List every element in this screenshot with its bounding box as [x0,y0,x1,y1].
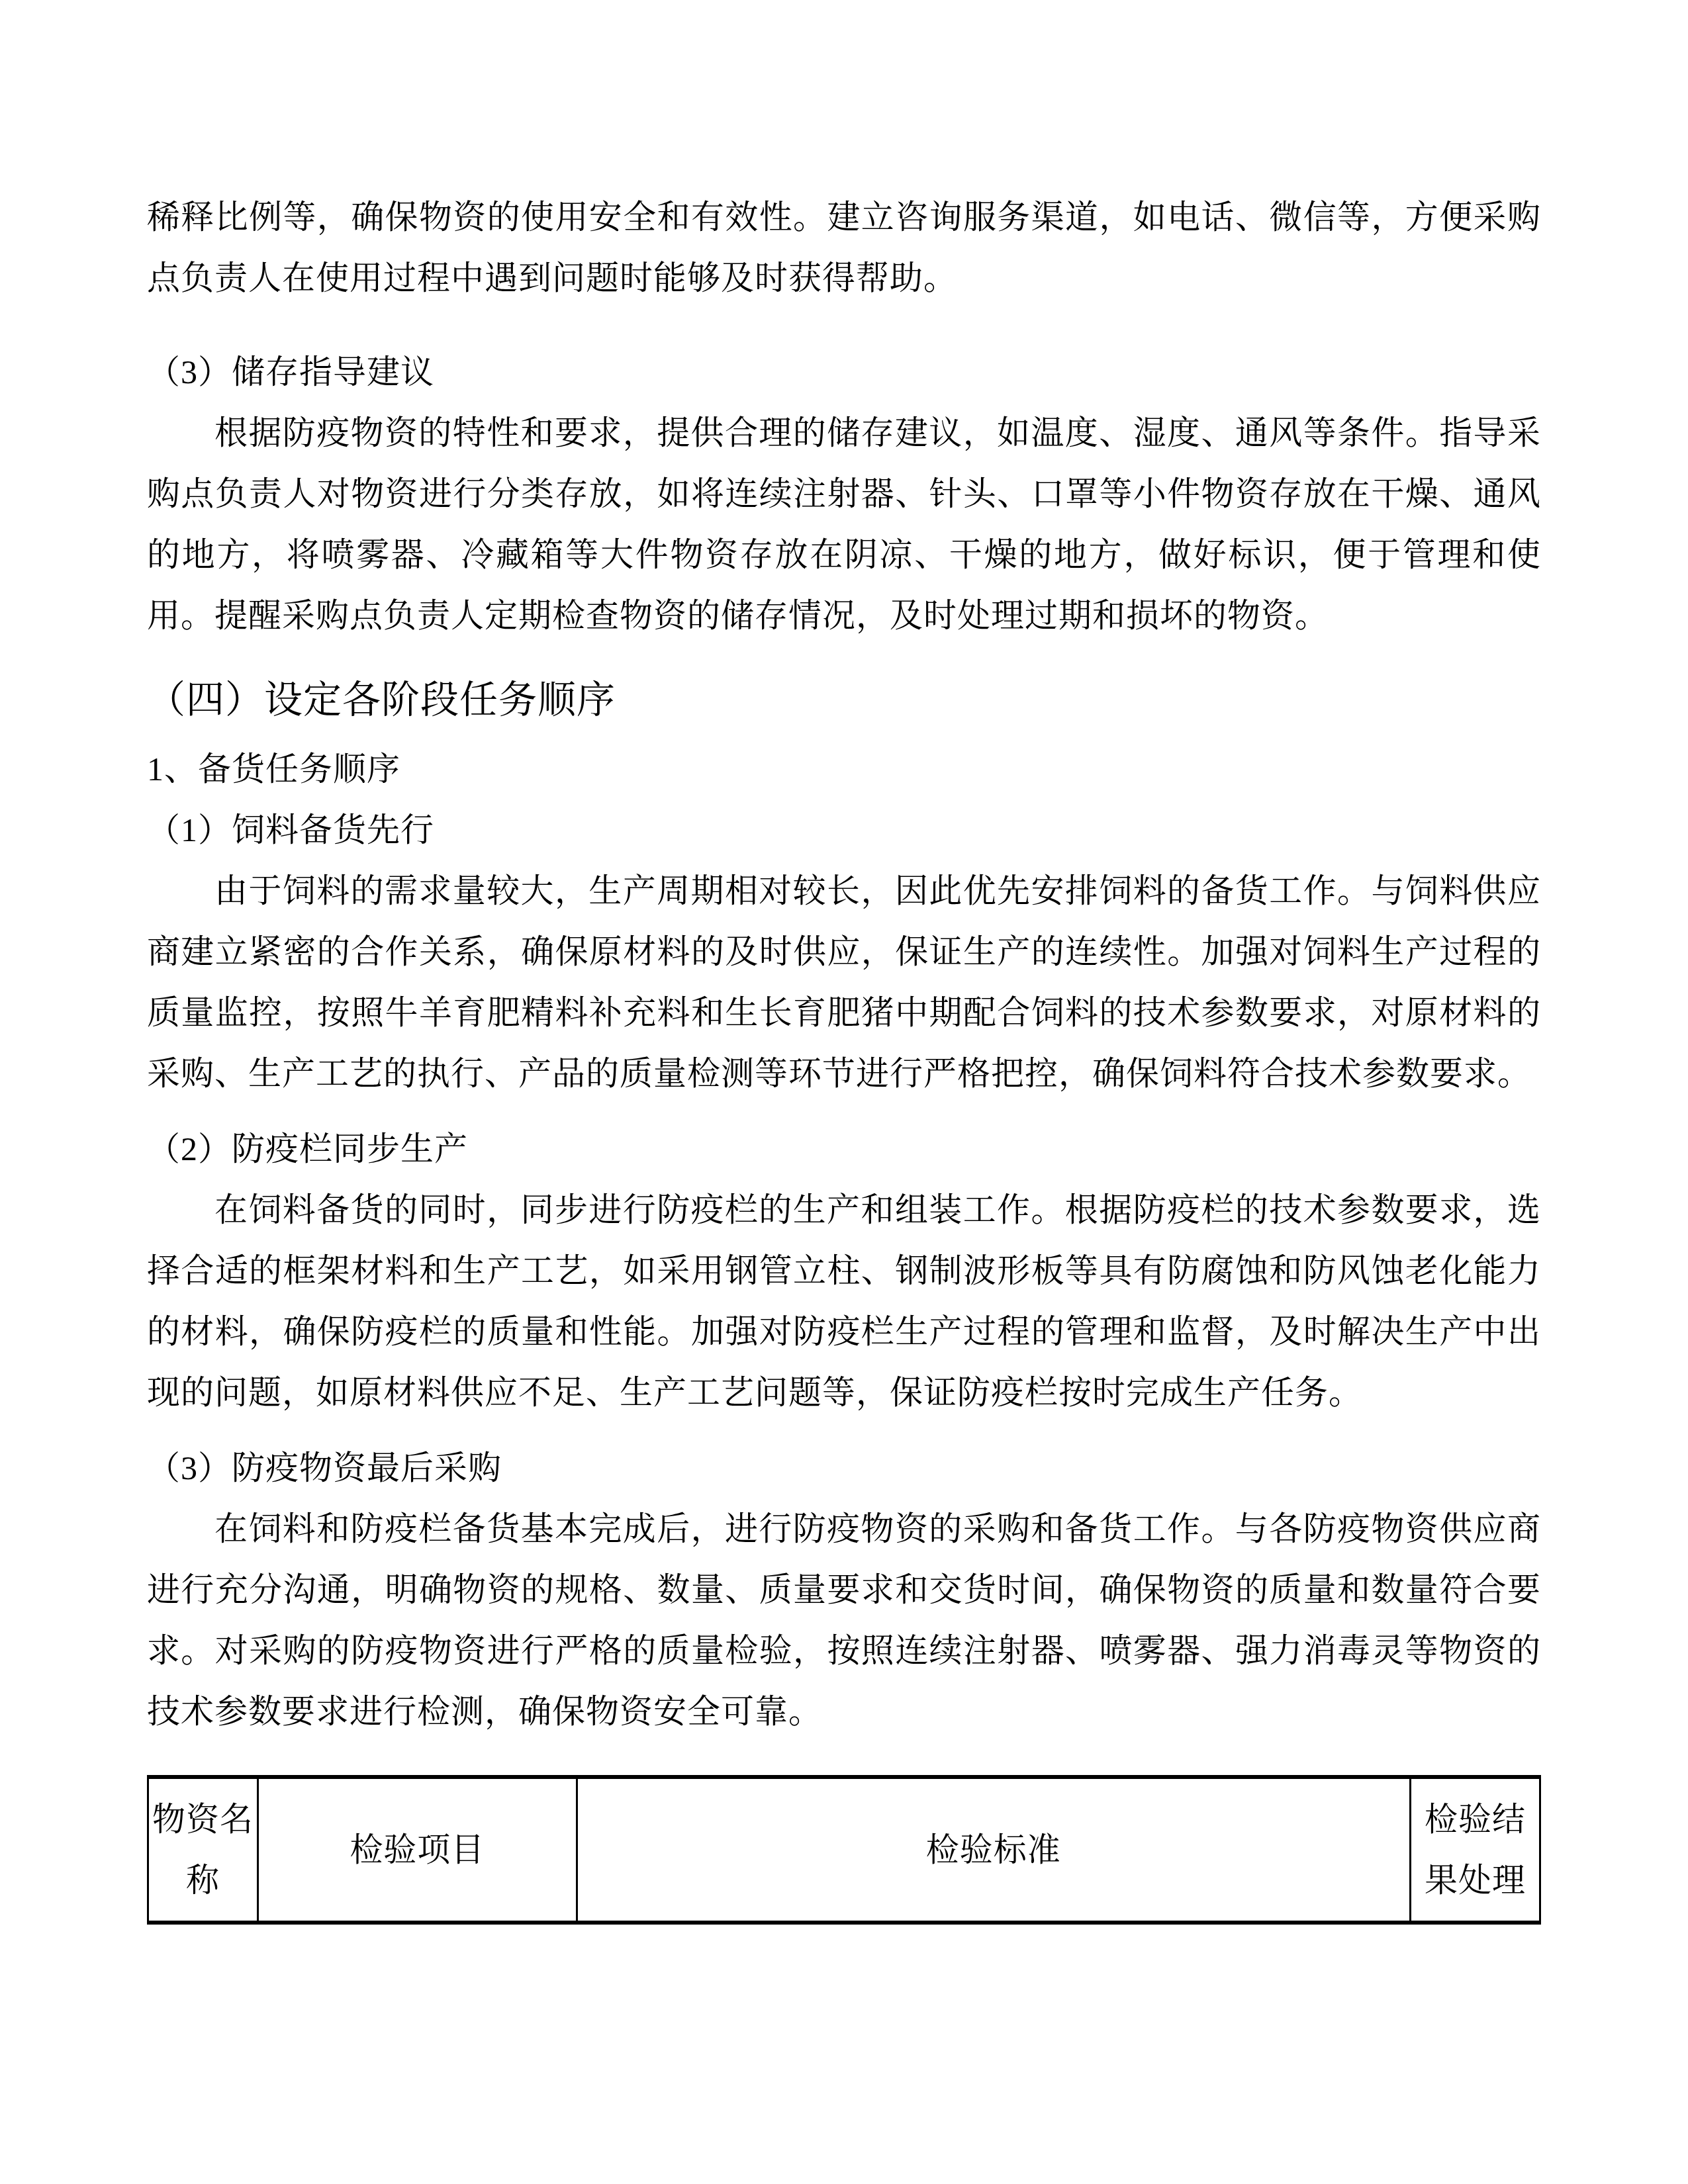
paragraph-storage-guidance: 根据防疫物资的特性和要求，提供合理的储存建议，如温度、湿度、通风等条件。指导采购… [147,402,1541,646]
paragraph-intro-continuation: 稀释比例等，确保物资的使用安全和有效性。建立咨询服务渠道，如电话、微信等，方便采… [147,187,1541,308]
document-content: 稀释比例等，确保物资的使用安全和有效性。建立咨询服务渠道，如电话、微信等，方便采… [147,187,1541,1925]
subheading-3-supplies-procurement: （3）防疫物资最后采购 [147,1437,1541,1498]
subheading-1-feed-first: （1）饲料备货先行 [147,799,1541,860]
column-header-result-handling: 检验结果处理 [1410,1777,1540,1923]
subheading-2-fence-production: （2）防疫栏同步生产 [147,1118,1541,1179]
subheading-1-stocking-task-order: 1、备货任务顺序 [147,739,1541,799]
paragraph-supplies-procurement: 在饲料和防疫栏备货基本完成后，进行防疫物资的采购和备货工作。与各防疫物资供应商进… [147,1498,1541,1742]
paragraph-fence-production: 在饲料备货的同时，同步进行防疫栏的生产和组装工作。根据防疫栏的技术参数要求，选择… [147,1179,1541,1423]
inspection-table: 物资名称 检验项目 检验标准 检验结果处理 [147,1775,1541,1925]
column-header-inspection-standard: 检验标准 [577,1777,1410,1923]
subheading-3-storage-guidance: （3）储存指导建议 [147,341,1541,402]
inspection-table-header-row: 物资名称 检验项目 检验标准 检验结果处理 [148,1777,1540,1923]
document-page: 稀释比例等，确保物资的使用安全和有效性。建立咨询服务渠道，如电话、微信等，方便采… [0,0,1688,2184]
paragraph-feed-stocking: 由于饲料的需求量较大，生产周期相对较长，因此优先安排饲料的备货工作。与饲料供应商… [147,860,1541,1104]
heading-section-four-task-order: （四）设定各阶段任务顺序 [147,662,1541,739]
column-header-inspection-item: 检验项目 [258,1777,577,1923]
column-header-material-name: 物资名称 [148,1777,258,1923]
